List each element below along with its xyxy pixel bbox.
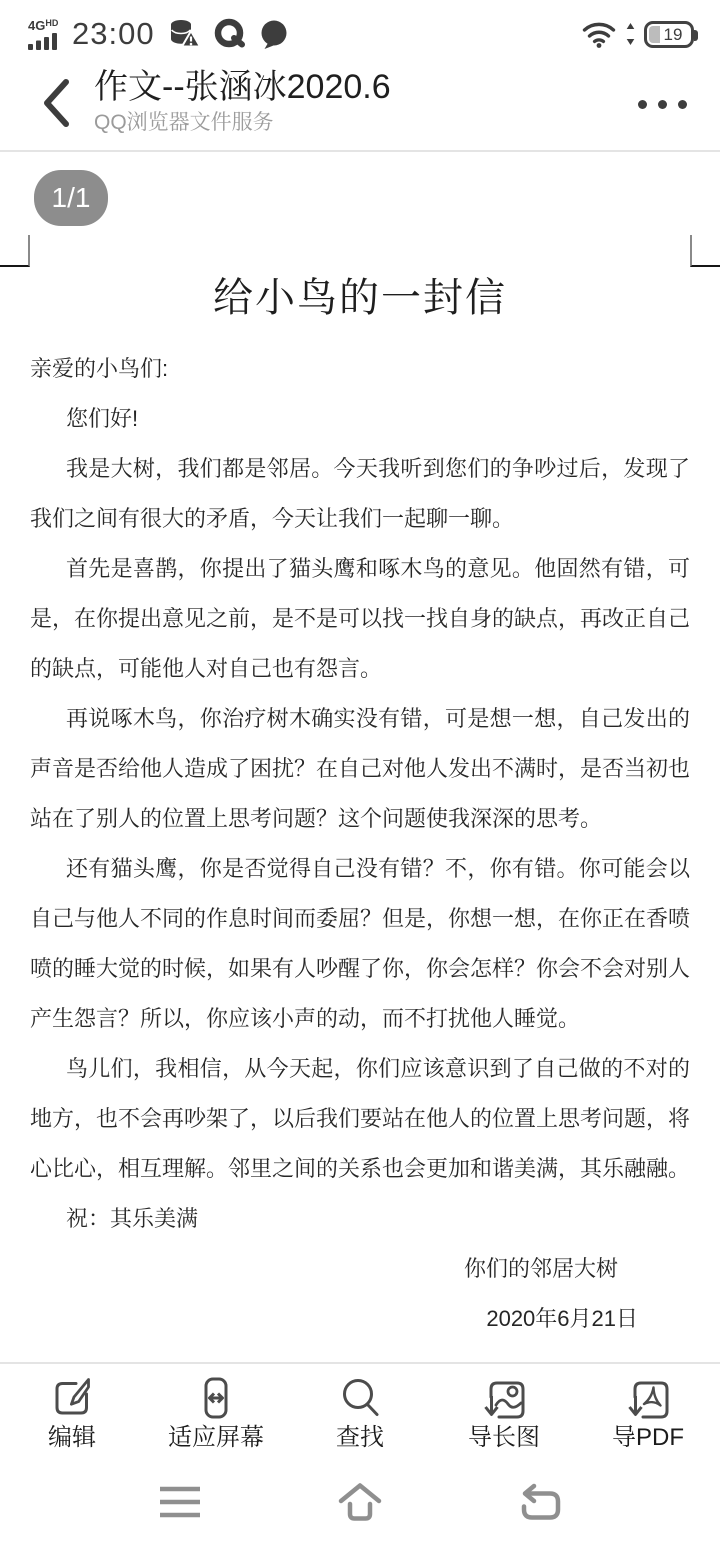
phone-screen: 4GHD 23:00 xyxy=(0,0,720,1544)
document-page: 给小鸟的一封信 亲爱的小鸟们: 您们好! 我是大树，我们都是邻居。今天我听到您们… xyxy=(0,152,720,1344)
ellipsis-dot xyxy=(638,100,647,109)
menu-icon xyxy=(158,1485,202,1519)
storage-warning-icon xyxy=(168,18,201,50)
export-long-image-icon xyxy=(481,1375,527,1421)
essay-salutation: 亲爱的小鸟们: xyxy=(30,344,690,394)
essay-paragraph: 再说啄木鸟，你治疗树木确实没有错，可是想一想，自己发出的声音是否给他人造成了困扰… xyxy=(30,694,690,844)
document-viewer: 1/1 给小鸟的一封信 亲爱的小鸟们: 您们好! 我是大树，我们都是邻居。今天我… xyxy=(0,152,720,1362)
search-button[interactable]: 查找 xyxy=(288,1364,432,1460)
essay-title: 给小鸟的一封信 xyxy=(30,152,690,322)
page-title: 作文--张涵冰2020.6 xyxy=(94,66,630,108)
export-pdf-icon xyxy=(625,1375,671,1421)
edit-icon xyxy=(49,1375,95,1421)
fit-screen-icon xyxy=(193,1375,239,1421)
wifi-traffic-arrows-icon xyxy=(626,22,635,46)
page-number-badge: 1/1 xyxy=(34,170,108,226)
page-corner-mark-right xyxy=(690,235,720,267)
essay-paragraph: 我是大树，我们都是邻居。今天我听到您们的争吵过后，发现了我们之间有很大的矛盾，今… xyxy=(30,444,690,544)
page-corner-mark-left xyxy=(0,235,30,267)
tool-label: 导PDF xyxy=(612,1426,684,1450)
battery-nub xyxy=(694,30,698,41)
cellular-signal-icon: 4GHD xyxy=(28,19,59,50)
system-nav-bar xyxy=(0,1460,720,1544)
clock-time: 23:00 xyxy=(72,18,155,49)
page-subtitle: QQ浏览器文件服务 xyxy=(94,109,630,137)
chevron-left-icon xyxy=(41,78,71,128)
search-icon xyxy=(337,1375,383,1421)
essay-wish: 祝：其乐美满 xyxy=(30,1194,690,1244)
tool-label: 适应屏幕 xyxy=(168,1426,264,1450)
bottom-toolbar: 编辑 适应屏幕 查找 导长图 xyxy=(0,1364,720,1460)
signal-bars-icon xyxy=(28,32,59,50)
ellipsis-dot xyxy=(678,100,687,109)
home-icon xyxy=(336,1480,384,1524)
essay-date: 2020年6月21日 xyxy=(30,1294,690,1344)
edit-button[interactable]: 编辑 xyxy=(0,1364,144,1460)
tool-label: 导长图 xyxy=(468,1426,540,1450)
more-options-button[interactable] xyxy=(630,84,694,124)
essay-paragraph: 鸟儿们，我相信，从今天起，你们应该意识到了自己做的不对的地方，也不会再吵架了，以… xyxy=(30,1044,690,1194)
network-type-label: 4G xyxy=(28,18,45,33)
wifi-icon xyxy=(581,21,617,48)
chat-bubble-icon xyxy=(259,19,289,50)
hd-badge: HD xyxy=(45,18,58,28)
nav-home-button[interactable] xyxy=(336,1478,384,1526)
tool-label: 查找 xyxy=(336,1426,384,1450)
back-button[interactable] xyxy=(36,74,76,132)
essay-greeting: 您们好! xyxy=(30,394,690,444)
fit-screen-button[interactable]: 适应屏幕 xyxy=(144,1364,288,1460)
tool-label: 编辑 xyxy=(48,1426,96,1450)
export-long-image-button[interactable]: 导长图 xyxy=(432,1364,576,1460)
essay-paragraph: 首先是喜鹊，你提出了猫头鹰和啄木鸟的意见。他固然有错，可是，在你提出意见之前，是… xyxy=(30,544,690,694)
ellipsis-dot xyxy=(658,100,667,109)
battery-indicator: 19 xyxy=(644,21,694,48)
essay-body: 亲爱的小鸟们: 您们好! 我是大树，我们都是邻居。今天我听到您们的争吵过后，发现… xyxy=(30,344,690,1344)
export-pdf-button[interactable]: 导PDF xyxy=(576,1364,720,1460)
battery-fill xyxy=(649,26,660,43)
nav-back-button[interactable] xyxy=(516,1478,564,1526)
app-header: 作文--张涵冰2020.6 QQ浏览器文件服务 xyxy=(0,58,720,150)
qq-browser-icon xyxy=(214,18,246,50)
return-arrow-icon xyxy=(518,1483,562,1521)
battery-percent: 19 xyxy=(664,26,683,43)
essay-signature: 你们的邻居大树 xyxy=(30,1244,690,1294)
nav-menu-button[interactable] xyxy=(156,1478,204,1526)
status-bar: 4GHD 23:00 xyxy=(0,0,720,58)
essay-paragraph: 还有猫头鹰，你是否觉得自己没有错？不，你有错。你可能会以自己与他人不同的作息时间… xyxy=(30,844,690,1044)
